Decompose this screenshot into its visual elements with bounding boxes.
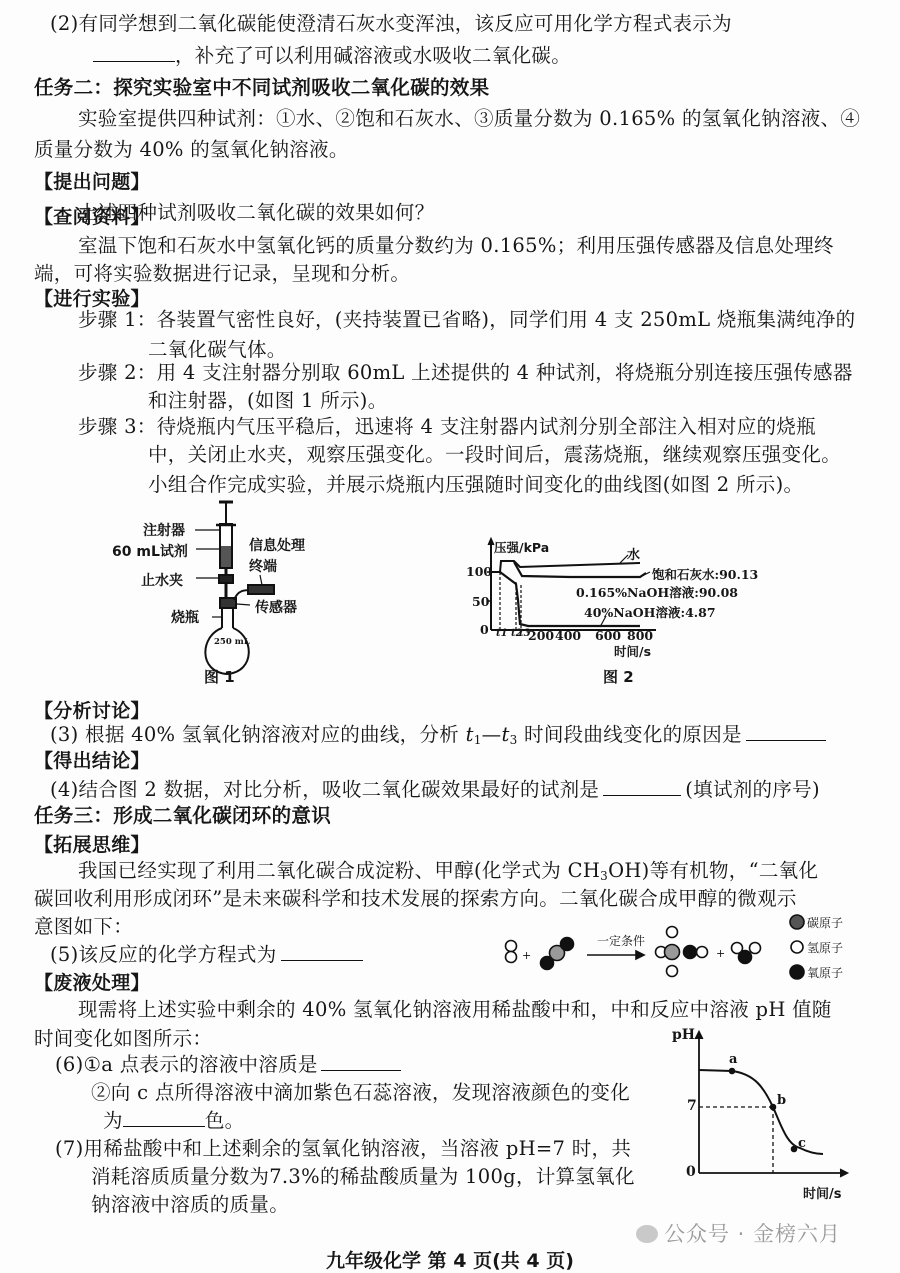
ph-ytick-7: 7 bbox=[687, 1098, 697, 1114]
ph-ylabel: pH bbox=[672, 1027, 695, 1043]
ph-xlabel: 时间/s bbox=[803, 1183, 842, 1202]
ph-chart-plot bbox=[0, 0, 900, 1273]
ph-point-c: c bbox=[798, 1136, 806, 1151]
watermark-text: 公众号 · 金榜六月 bbox=[664, 1222, 841, 1246]
watermark: 公众号 · 金榜六月 bbox=[636, 1218, 841, 1248]
ph-point-a: a bbox=[729, 1052, 737, 1067]
wechat-icon bbox=[636, 1225, 658, 1243]
page-footer: 九年级化学 第 4 页(共 4 页) bbox=[0, 1246, 900, 1273]
ph-point-b: b bbox=[777, 1093, 786, 1108]
ph-ytick-0: 0 bbox=[686, 1164, 696, 1180]
